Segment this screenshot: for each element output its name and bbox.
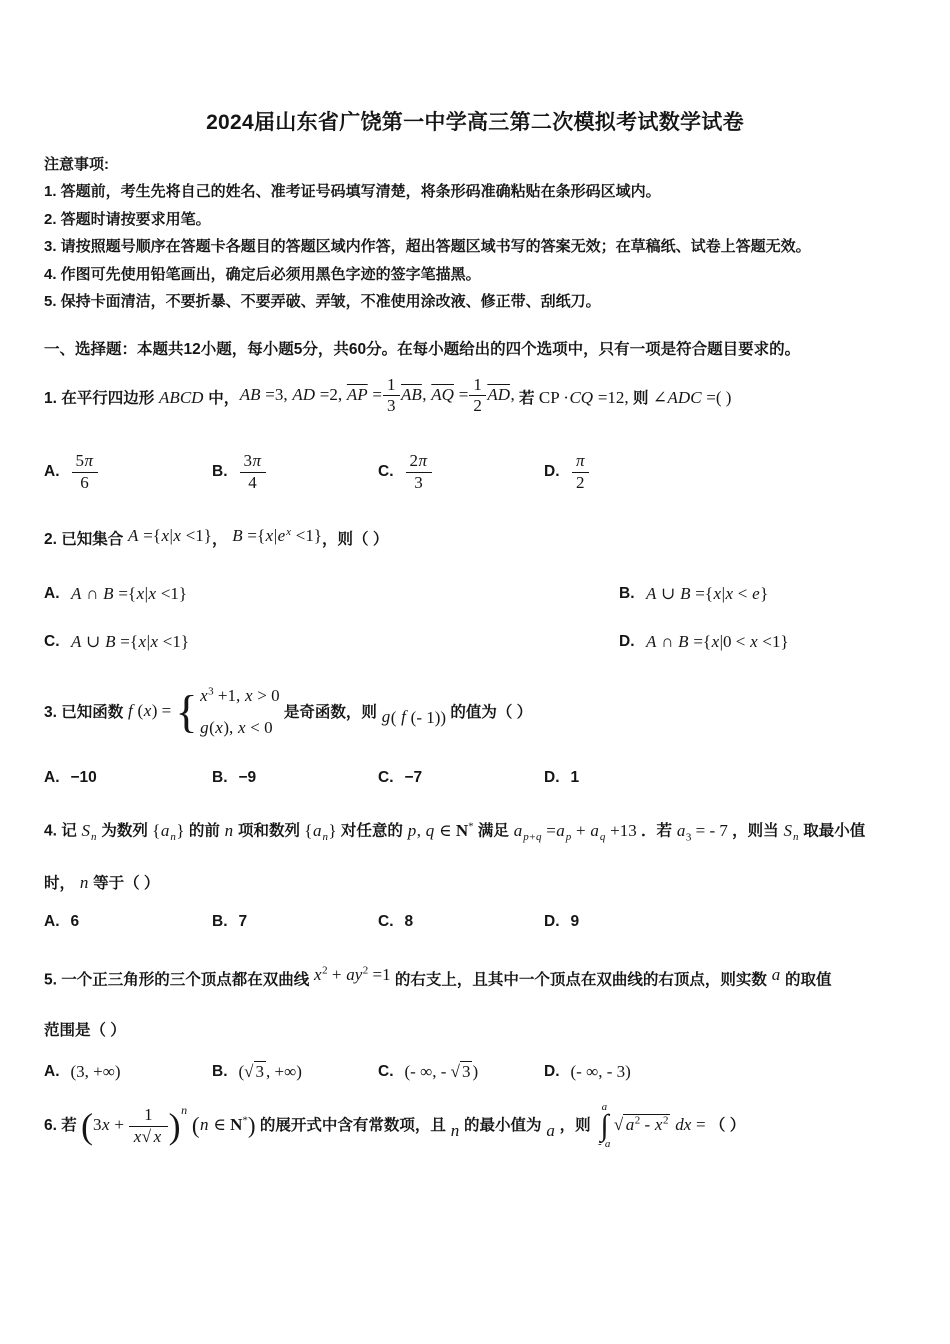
question-5-options: A. (3, +∞) B. (√3, +∞) C. (- ∞, - √3) D.… (44, 1062, 906, 1082)
question-1-options: A. 5π6 B. 3π4 C. 2π3 D. π2 (44, 452, 906, 492)
option-label: A. (44, 1063, 60, 1081)
question-4-option-b: B. 7 (212, 913, 378, 931)
exam-title: 2024届山东省广饶第一中学高三第二次模拟考试数学试卷 (0, 0, 950, 136)
notice-item-3: 3. 请按照题号顺序在答题卡各题目的答题区域内作答，超出答题区域书写的答案无效；… (44, 233, 906, 261)
exam-paper-page: 2024届山东省广饶第一中学高三第二次模拟考试数学试卷 注意事项: 1. 答题前… (0, 0, 950, 1344)
question-1-option-c: C. 2π3 (378, 452, 544, 492)
option-label: D. (619, 633, 635, 651)
question-3: 3. 已知函数 f (x) = {x3 +1, x > 0g(x), x < 0… (44, 682, 906, 788)
option-value: (3, +∞) (71, 1062, 121, 1082)
question-4: 4. 记 Sn 为数列 {an} 的前 n 项和数列 {an} 对任意的 p, … (44, 803, 906, 931)
question-5-option-a: A. (3, +∞) (44, 1062, 212, 1082)
question-6-stem: 6. 若 (3x + 1x√x)n (n ∈ N*) 的展开式中含有常数项，且 … (44, 1100, 906, 1150)
notice-item-1: 1. 答题前，考生先将自己的姓名、准考证号码填写清楚，将条形码准确粘贴在条形码区… (44, 178, 906, 206)
option-value: A ∪ B ={x|x <1} (71, 632, 190, 652)
question-5-option-c: C. (- ∞, - √3) (378, 1062, 544, 1082)
option-label: D. (544, 769, 560, 787)
question-2-option-c: C. A ∪ B ={x|x <1} (44, 632, 619, 652)
notice-item-4: 4. 作图可先使用铅笔画出，确定后必须用黑色字迹的签字笔描黑。 (44, 261, 906, 289)
option-label: D. (544, 463, 560, 481)
option-value: −10 (71, 769, 97, 787)
question-4-stem: 4. 记 Sn 为数列 {an} 的前 n 项和数列 {an} 对任意的 p, … (44, 803, 906, 907)
question-2-options-row-1: A. A ∩ B ={x|x <1} B. A ∪ B ={x|x < e} (44, 584, 906, 604)
option-label: C. (378, 463, 394, 481)
question-1-option-a: A. 5π6 (44, 452, 212, 492)
option-value: 8 (405, 913, 414, 931)
question-4-option-d: D. 9 (544, 913, 906, 931)
option-label: C. (378, 769, 394, 787)
question-5-option-b: B. (√3, +∞) (212, 1062, 378, 1082)
option-label: B. (619, 585, 635, 603)
option-value: 3π4 (239, 452, 267, 492)
question-1-option-b: B. 3π4 (212, 452, 378, 492)
question-2: 2. 已知集合 A ={x|x <1}， B ={x|ex <1}，则（ ） A… (44, 522, 906, 651)
question-4-option-a: A. 6 (44, 913, 212, 931)
option-value: A ∩ B ={x|x <1} (71, 584, 188, 604)
option-value: (√3, +∞) (239, 1062, 302, 1082)
option-label: D. (544, 913, 560, 931)
question-1: 1. 在平行四边形 ABCD 中，AB =3, AD =2, AP =13AB,… (44, 376, 906, 493)
question-4-options: A. 6 B. 7 C. 8 D. 9 (44, 913, 906, 931)
question-3-option-a: A. −10 (44, 769, 212, 787)
section-heading: 一、选择题：本题共12小题，每小题5分，共60分。在每小题给出的四个选项中，只有… (44, 338, 906, 362)
notice-item-2: 2. 答题时请按要求用笔。 (44, 206, 906, 234)
notice-heading: 注意事项: (44, 152, 906, 178)
option-value: (- ∞, - √3) (405, 1062, 479, 1082)
option-value: 7 (239, 913, 248, 931)
exam-body: 注意事项: 1. 答题前，考生先将自己的姓名、准考证号码填写清楚，将条形码准确粘… (0, 152, 950, 1150)
question-2-option-a: A. A ∩ B ={x|x <1} (44, 584, 619, 604)
option-value: A ∪ B ={x|x < e} (646, 584, 769, 604)
option-value: −7 (405, 769, 423, 787)
option-label: A. (44, 769, 60, 787)
option-value: A ∩ B ={x|0 < x <1} (646, 632, 789, 652)
option-label: A. (44, 463, 60, 481)
option-label: C. (44, 633, 60, 651)
option-value: 9 (571, 913, 580, 931)
question-5-option-d: D. (- ∞, - 3) (544, 1062, 906, 1082)
question-2-option-b: B. A ∪ B ={x|x < e} (619, 584, 906, 604)
option-label: C. (378, 913, 394, 931)
option-label: B. (212, 1063, 228, 1081)
question-3-stem: 3. 已知函数 f (x) = {x3 +1, x > 0g(x), x < 0… (44, 682, 906, 744)
option-label: B. (212, 913, 228, 931)
question-5: 5. 一个正三角形的三个顶点都在双曲线 x2 + ay2 =1 的右支上，且其中… (44, 945, 906, 1082)
option-value: π2 (571, 452, 591, 492)
option-label: A. (44, 913, 60, 931)
option-value: 5π6 (71, 452, 99, 492)
question-6: 6. 若 (3x + 1x√x)n (n ∈ N*) 的展开式中含有常数项，且 … (44, 1100, 906, 1150)
question-3-option-c: C. −7 (378, 769, 544, 787)
option-value: (- ∞, - 3) (571, 1062, 631, 1082)
question-2-options-row-2: C. A ∪ B ={x|x <1} D. A ∩ B ={x|0 < x <1… (44, 632, 906, 652)
question-5-stem: 5. 一个正三角形的三个顶点都在双曲线 x2 + ay2 =1 的右支上，且其中… (44, 945, 906, 1056)
question-3-option-d: D. 1 (544, 769, 906, 787)
question-2-option-d: D. A ∩ B ={x|0 < x <1} (619, 632, 906, 652)
option-label: A. (44, 585, 60, 603)
option-label: B. (212, 769, 228, 787)
question-4-option-c: C. 8 (378, 913, 544, 931)
option-value: 1 (571, 769, 580, 787)
option-label: B. (212, 463, 228, 481)
option-value: −9 (239, 769, 257, 787)
question-3-options: A. −10 B. −9 C. −7 D. 1 (44, 769, 906, 787)
question-1-option-d: D. π2 (544, 452, 906, 492)
option-label: D. (544, 1063, 560, 1081)
option-value: 6 (71, 913, 80, 931)
question-2-stem: 2. 已知集合 A ={x|x <1}， B ={x|ex <1}，则（ ） (44, 522, 906, 553)
option-label: C. (378, 1063, 394, 1081)
notice-item-5: 5. 保持卡面清洁，不要折暴、不要弄破、弄皱，不准使用涂改液、修正带、刮纸刀。 (44, 288, 906, 316)
question-3-option-b: B. −9 (212, 769, 378, 787)
question-1-stem: 1. 在平行四边形 ABCD 中，AB =3, AD =2, AP =13AB,… (44, 376, 906, 416)
option-value: 2π3 (405, 452, 433, 492)
